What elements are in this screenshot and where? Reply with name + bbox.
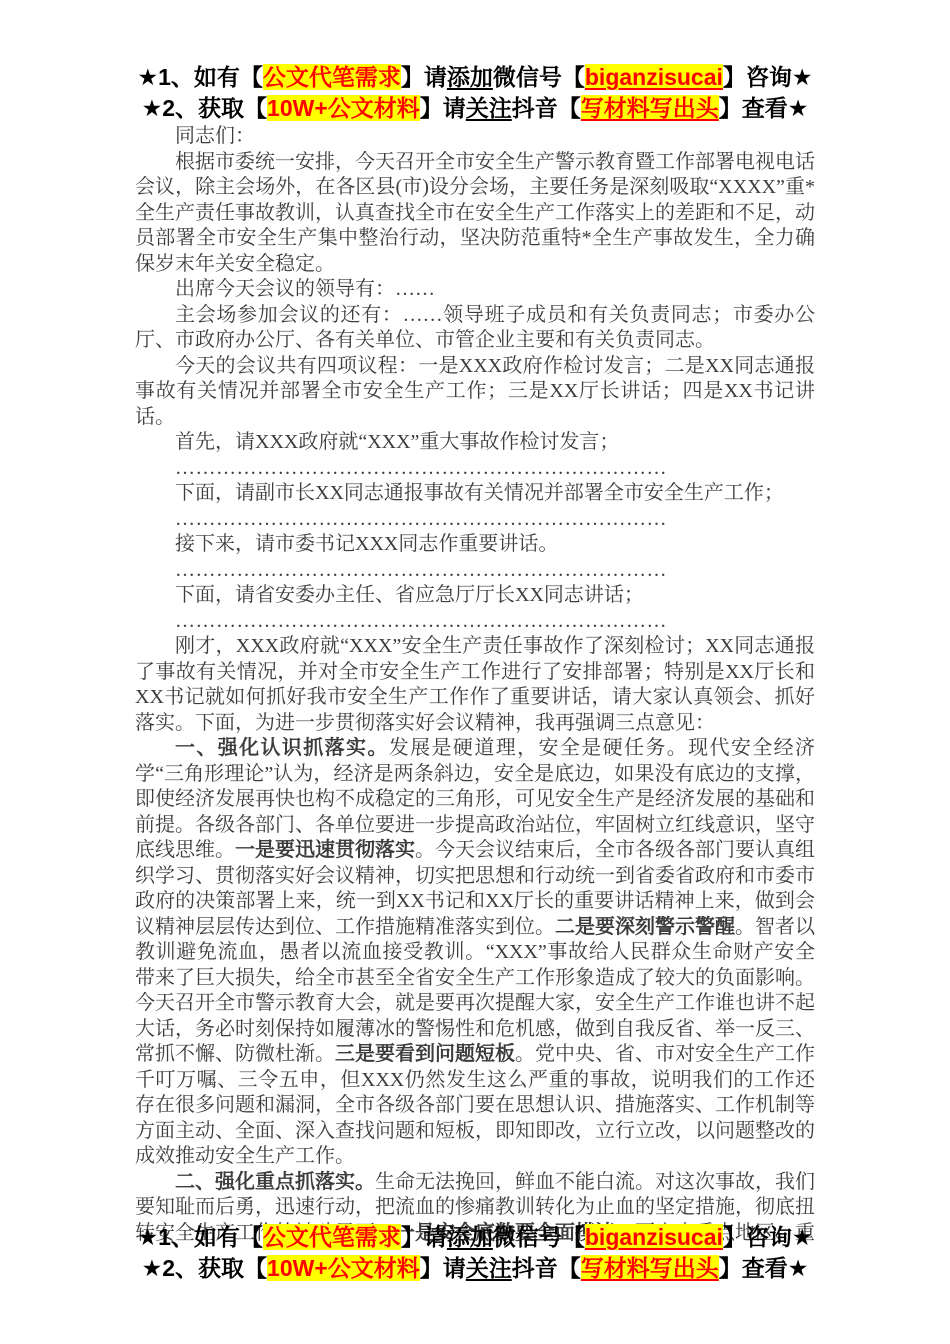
dotted-separator-line: ……………………………………………………………… [135,609,815,635]
text-run: 】请 [420,1255,466,1281]
text-run: 刚才，XXX政府就“XXX”安全生产责任事故作了深刻检讨；XX同志通报了事故有关… [135,635,815,734]
text-run: 接下来，请市委书记XXX同志作重要讲话。 [175,533,558,555]
text-run: ★2、获取【 [142,95,267,121]
text-run: 微信号【 [493,64,585,90]
text-run: 二、强化重点抓落实。 [175,1171,375,1193]
text-run: 写材料写出头 [581,1255,719,1281]
dotted-separator-line: ……………………………………………………………… [135,507,815,533]
text-run: 今天的会议共有四项议程：一是XXX政府作检讨发言；二是XX同志通报事故有关情况并… [135,355,815,428]
dotted-separator-line: ……………………………………………………………… [135,456,815,482]
text-run: 抖音【 [512,95,581,121]
dotted-separator-line: ……………………………………………………………… [135,558,815,584]
paragraph: 下面，请副市长XX同志通报事故有关情况并部署全市安全生产工作； [135,481,815,507]
text-run: 】请 [401,64,447,90]
text-run: 关注 [466,1255,512,1281]
text-run: 二是要深刻警示警醒 [555,916,735,938]
text-run: ★1、如有【 [137,64,262,90]
promo-banner-bottom: ★1、如有【公文代笔需求】请添加微信号【biganzisucai】咨询★ ★2、… [0,1222,950,1284]
text-run: ……………………………………………………………… [175,559,667,581]
text-run: 首先，请XXX政府就“XXX”重大事故作检讨发言； [175,431,619,453]
text-run: biganzisucai [585,1224,723,1250]
paragraph: 接下来，请市委书记XXX同志作重要讲话。 [135,532,815,558]
text-run: 】咨询★ [723,64,813,90]
text-run: 10W+公文材料 [267,95,420,121]
promo-line-1: ★1、如有【公文代笔需求】请添加微信号【biganzisucai】咨询★ [0,1222,950,1253]
text-run: ……………………………………………………………… [175,610,667,632]
text-run: 关注 [466,95,512,121]
text-run: 】请 [420,95,466,121]
text-run: 抖音【 [512,1255,581,1281]
promo-banner-top: ★1、如有【公文代笔需求】请添加微信号【biganzisucai】咨询★ ★2、… [0,62,950,124]
text-run: 同志们： [175,125,255,147]
text-run: biganzisucai [585,64,723,90]
text-run: 添加 [447,64,493,90]
promo-line-2: ★2、获取【10W+公文材料】请关注抖音【写材料写出头】查看★ [0,93,950,124]
paragraph: 根据市委统一安排，今天召开全市安全生产警示教育暨工作部署电视电话会议，除主会场外… [135,150,815,278]
paragraph: 出席今天会议的领导有：…… [135,277,815,303]
document-page: ★1、如有【公文代笔需求】请添加微信号【biganzisucai】咨询★ ★2、… [0,0,950,1344]
paragraph: 首先，请XXX政府就“XXX”重大事故作检讨发言； [135,430,815,456]
text-run: ★2、获取【 [142,1255,267,1281]
text-run: 】咨询★ [723,1224,813,1250]
text-run: ……………………………………………………………… [175,457,667,479]
paragraph: 主会场参加会议的还有：……领导班子成员和有关负责同志；市委办公厅、市政府办公厅、… [135,303,815,354]
text-run: 根据市委统一安排，今天召开全市安全生产警示教育暨工作部署电视电话会议，除主会场外… [135,151,815,275]
text-run: 出席今天会议的领导有：…… [175,278,435,300]
text-run: 写材料写出头 [581,95,719,121]
text-run: 添加 [447,1224,493,1250]
text-run: 下面，请副市长XX同志通报事故有关情况并部署全市安全生产工作； [175,482,784,504]
text-run: 一、强化认识抓落实。 [175,737,389,759]
text-run: 公文代笔需求 [263,64,401,90]
text-run: 】查看★ [719,1255,809,1281]
paragraph: 刚才，XXX政府就“XXX”安全生产责任事故作了深刻检讨；XX同志通报了事故有关… [135,634,815,736]
text-run: 10W+公文材料 [267,1255,420,1281]
text-run: 三是要看到问题短板 [335,1043,515,1065]
document-body: 同志们：根据市委统一安排，今天召开全市安全生产警示教育暨工作部署电视电话会议，除… [135,124,815,1246]
text-run: 】查看★ [719,95,809,121]
promo-line-1: ★1、如有【公文代笔需求】请添加微信号【biganzisucai】咨询★ [0,62,950,93]
paragraph: 今天的会议共有四项议程：一是XXX政府作检讨发言；二是XX同志通报事故有关情况并… [135,354,815,431]
text-run: ……………………………………………………………… [175,508,667,530]
text-run: ★1、如有【 [137,1224,262,1250]
text-run: 公文代笔需求 [263,1224,401,1250]
paragraph: 一、强化认识抓落实。发展是硬道理，安全是硬任务。现代安全经济学“三角形理论”认为… [135,736,815,1170]
text-run: 下面，请省安委办主任、省应急厅厅长XX同志讲话； [175,584,644,606]
text-run: 微信号【 [493,1224,585,1250]
paragraph: 下面，请省安委办主任、省应急厅厅长XX同志讲话； [135,583,815,609]
paragraph: 同志们： [135,124,815,150]
text-run: 主会场参加会议的还有：……领导班子成员和有关负责同志；市委办公厅、市政府办公厅、… [135,304,815,352]
text-run: 】请 [401,1224,447,1250]
text-run: 一是要迅速贯彻落实 [235,839,415,861]
promo-line-2: ★2、获取【10W+公文材料】请关注抖音【写材料写出头】查看★ [0,1253,950,1284]
